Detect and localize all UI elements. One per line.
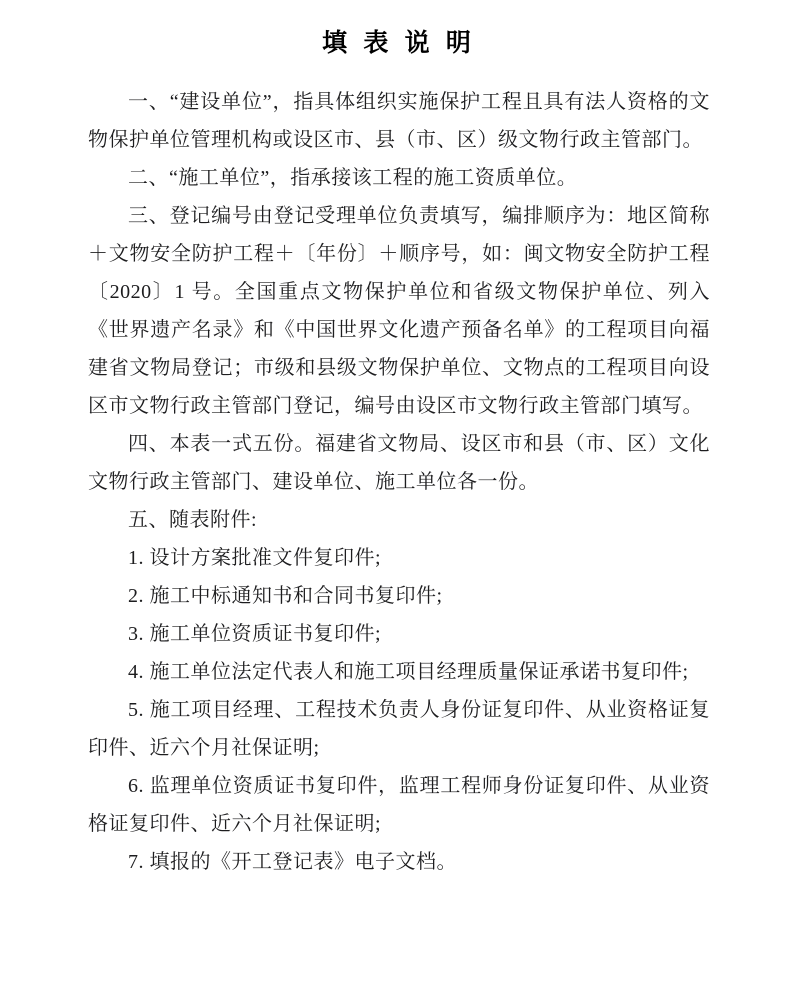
paragraph: 4. 施工单位法定代表人和施工项目经理质量保证承诺书复印件;: [88, 653, 710, 691]
document-body: 一、“建设单位”，指具体组织实施保护工程且具有法人资格的文物保护单位管理机构或设…: [88, 83, 710, 881]
paragraph: 7. 填报的《开工登记表》电子文档。: [88, 843, 710, 881]
page-title: 填 表 说 明: [88, 26, 710, 62]
paragraph: 2. 施工中标通知书和合同书复印件;: [88, 577, 710, 615]
paragraph: 三、登记编号由登记受理单位负责填写，编排顺序为：地区简称＋文物安全防护工程＋〔年…: [88, 197, 710, 425]
paragraph: 五、随表附件:: [88, 501, 710, 539]
paragraph: 3. 施工单位资质证书复印件;: [88, 615, 710, 653]
paragraph: 1. 设计方案批准文件复印件;: [88, 539, 710, 577]
paragraph: 5. 施工项目经理、工程技术负责人身份证复印件、从业资格证复印件、近六个月社保证…: [88, 691, 710, 767]
paragraph: 一、“建设单位”，指具体组织实施保护工程且具有法人资格的文物保护单位管理机构或设…: [88, 83, 710, 159]
paragraph: 四、本表一式五份。福建省文物局、设区市和县（市、区）文化文物行政主管部门、建设单…: [88, 425, 710, 501]
paragraph: 二、“施工单位”，指承接该工程的施工资质单位。: [88, 159, 710, 197]
paragraph: 6. 监理单位资质证书复印件，监理工程师身份证复印件、从业资格证复印件、近六个月…: [88, 767, 710, 843]
document-page: 填 表 说 明 一、“建设单位”，指具体组织实施保护工程且具有法人资格的文物保护…: [0, 0, 786, 997]
